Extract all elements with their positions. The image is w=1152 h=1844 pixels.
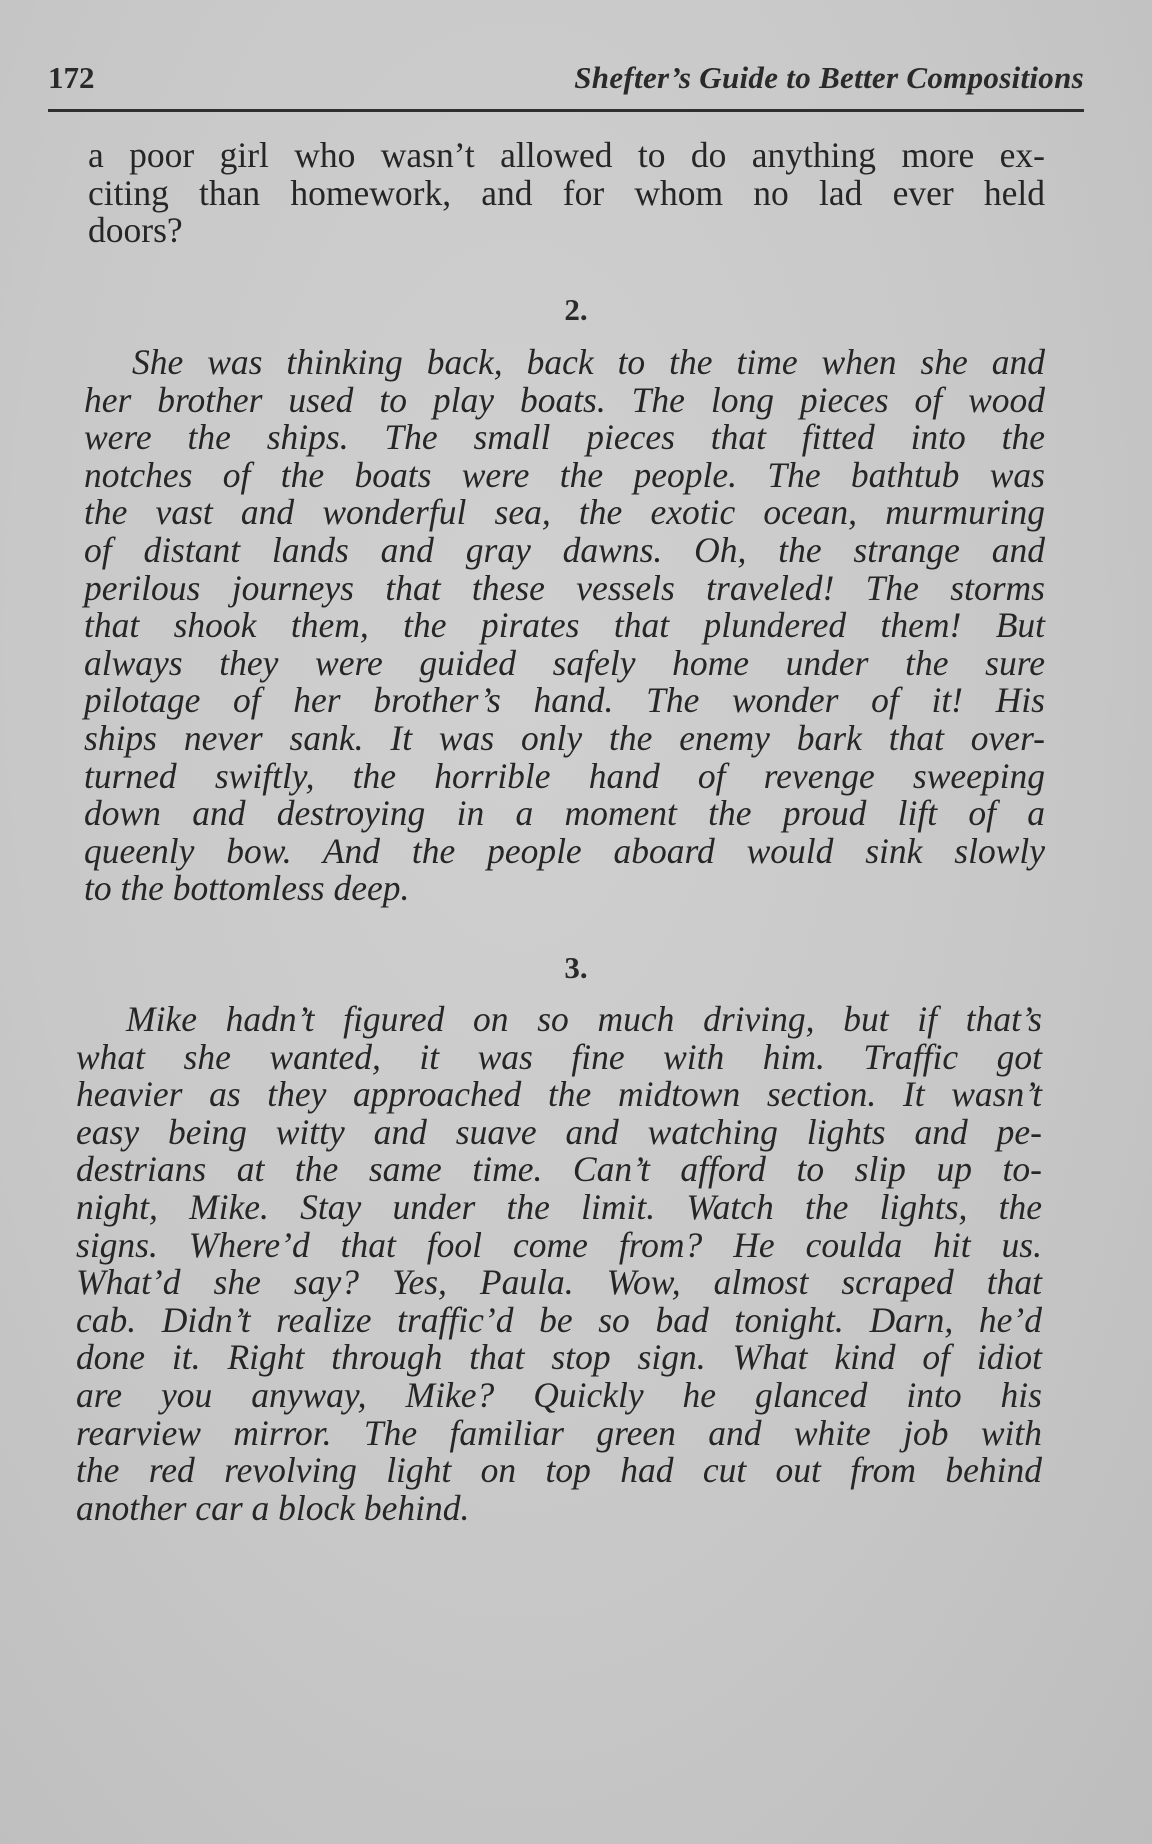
text-line: of distant lands and gray dawns. Oh, the… [84, 532, 1045, 570]
running-head: 172 Shefter’s Guide to Better Compositio… [48, 60, 1084, 102]
text-line: She was thinking back, back to the time … [84, 344, 1045, 382]
text-line: were the ships. The small pieces that fi… [84, 419, 1045, 457]
continuation-paragraph: a poor girl who wasn’t allowed to do any… [88, 137, 1045, 250]
text-line: down and destroying in a moment the prou… [84, 795, 1045, 833]
book-page: 172 Shefter’s Guide to Better Compositio… [0, 0, 1152, 1844]
text-line: turned swiftly, the horrible hand of rev… [84, 758, 1045, 796]
text-line: cab. Didn’t realize traffic’d be so bad … [76, 1302, 1042, 1340]
text-line: ships never sank. It was only the enemy … [84, 720, 1045, 758]
text-line: rearview mirror. The familiar green and … [76, 1415, 1042, 1453]
text-line: that shook them, the pirates that plunde… [84, 607, 1045, 645]
text-line: are you anyway, Mike? Quickly he glanced… [76, 1377, 1042, 1415]
text-line: another car a block behind. [76, 1490, 1042, 1528]
page-number: 172 [48, 60, 95, 96]
text-line: What’d she say? Yes, Paula. Wow, almost … [76, 1264, 1042, 1302]
section-number-3: 3. [0, 950, 1152, 986]
header-rule [48, 109, 1084, 112]
text-line: citing than homework, and for whom no la… [88, 175, 1045, 213]
text-line: the vast and wonderful sea, the exotic o… [84, 494, 1045, 532]
text-line: easy being witty and suave and watching … [76, 1114, 1042, 1152]
text-line: destrians at the same time. Can’t afford… [76, 1151, 1042, 1189]
text-line: always they were guided safely home unde… [84, 645, 1045, 683]
text-line: the red revolving light on top had cut o… [76, 1452, 1042, 1490]
text-line: her brother used to play boats. The long… [84, 382, 1045, 420]
text-line: what she wanted, it was fine with him. T… [76, 1039, 1042, 1077]
text-line: to the bottomless deep. [84, 870, 1045, 908]
text-line: queenly bow. And the people aboard would… [84, 833, 1045, 871]
book-title: Shefter’s Guide to Better Compositions [574, 60, 1084, 96]
text-line: done it. Right through that stop sign. W… [76, 1339, 1042, 1377]
text-line: night, Mike. Stay under the limit. Watch… [76, 1189, 1042, 1227]
text-line: a poor girl who wasn’t allowed to do any… [88, 137, 1045, 175]
text-line: heavier as they approached the midtown s… [76, 1076, 1042, 1114]
text-line: doors? [88, 212, 1045, 250]
text-line: perilous journeys that these vessels tra… [84, 570, 1045, 608]
section-number-2: 2. [0, 292, 1152, 328]
section-3-paragraph: Mike hadn’t figured on so much driving, … [76, 1001, 1042, 1527]
text-line: pilotage of her brother’s hand. The wond… [84, 682, 1045, 720]
text-line: Mike hadn’t figured on so much driving, … [76, 1001, 1042, 1039]
text-line: notches of the boats were the people. Th… [84, 457, 1045, 495]
text-line: signs. Where’d that fool come from? He c… [76, 1227, 1042, 1265]
section-2-paragraph: She was thinking back, back to the time … [84, 344, 1045, 908]
